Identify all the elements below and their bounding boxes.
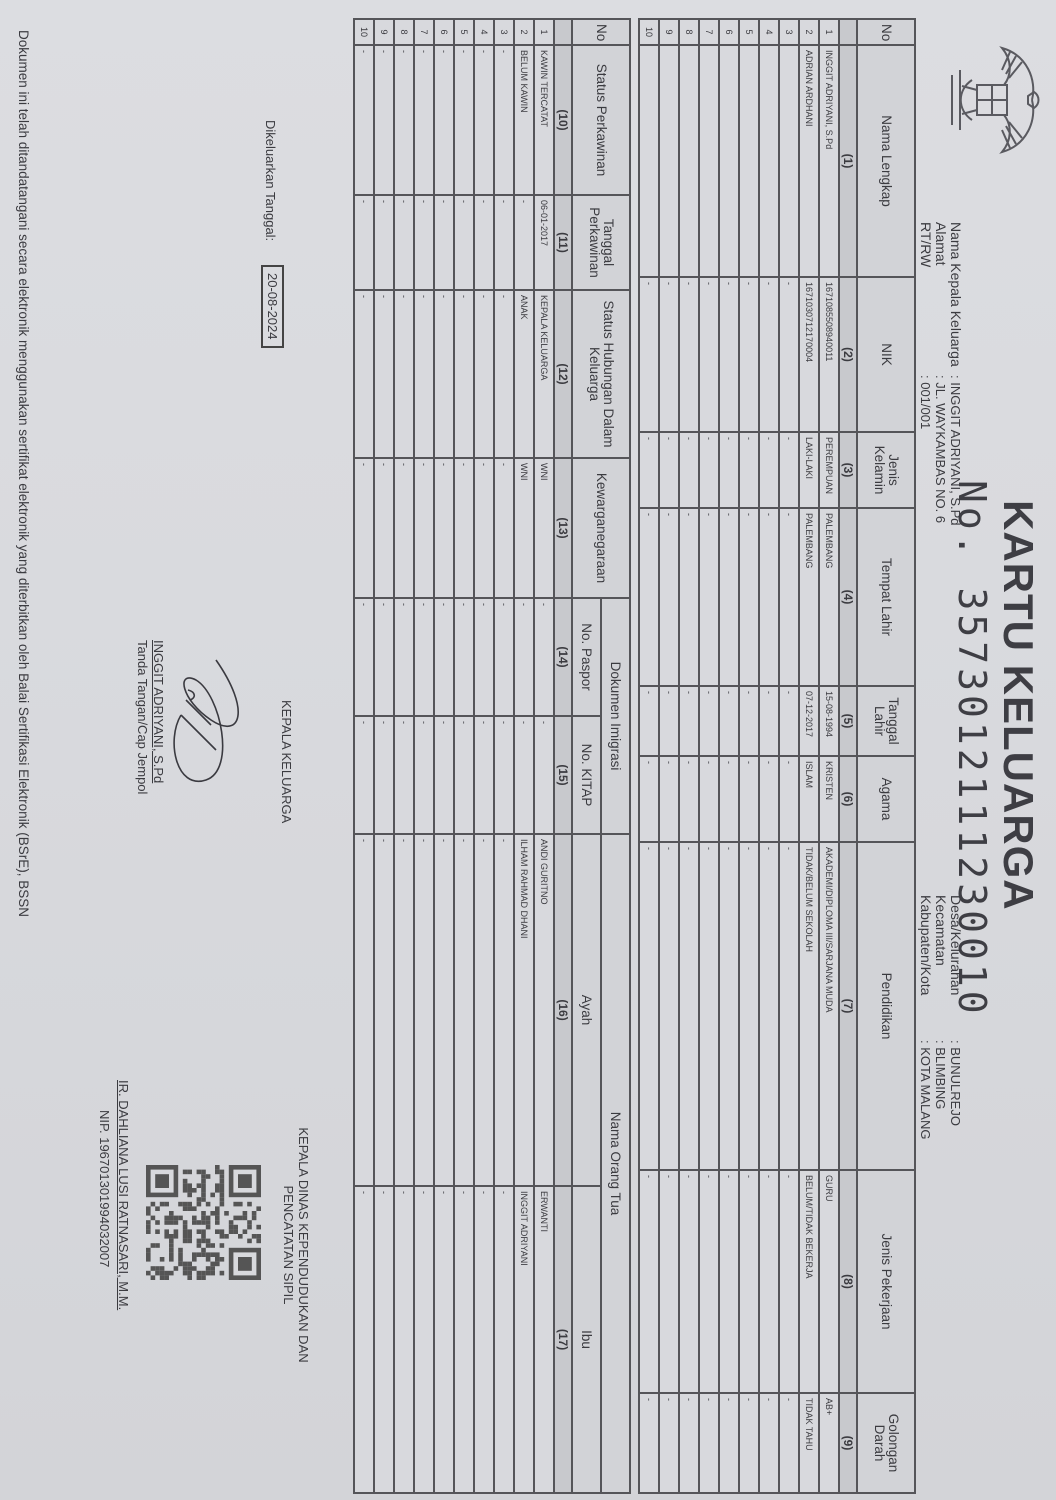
table1-cell: -	[779, 756, 799, 842]
table1-cell: -	[699, 686, 719, 756]
table2-cell: -	[454, 1186, 474, 1493]
official-name: IR. DAHLIANA LUSI RATNASARI, M.M.	[116, 1080, 131, 1310]
table1-cell: -	[659, 432, 679, 508]
table2-cell: -	[394, 716, 414, 834]
table2-cell: -	[474, 195, 494, 290]
table1-cell: -	[699, 1393, 719, 1493]
table2-cell: -	[474, 716, 494, 834]
header-no: No	[572, 19, 630, 45]
table1-cell: -	[779, 508, 799, 686]
table1-cell: -	[719, 756, 739, 842]
table2-cell: 8	[394, 19, 414, 45]
table1-cell: -	[699, 277, 719, 432]
table1-header-4: Tempat Lahir	[857, 508, 915, 686]
table1-cell: -	[719, 842, 739, 1170]
table-row: 10--------	[639, 19, 659, 1493]
label-desa-kelurahan: Desa/Kelurahan	[948, 895, 963, 995]
electronic-signature-note: Dokumen ini telah ditandatangani secara …	[16, 30, 31, 917]
table2-cell: 2	[514, 19, 534, 45]
table1-header-row: NoNama LengkapNIKJenis KelaminTempat Lah…	[857, 19, 915, 1493]
table2-column-numbers: (10)(11)(12)(13)(14)(15)(16)(17)	[554, 19, 572, 1493]
table2-cell: WNI	[534, 458, 554, 598]
table1-cell: 07-12-2017	[799, 686, 819, 756]
table1-cell: -	[699, 756, 719, 842]
table2-colnum-3: (12)	[554, 290, 572, 458]
table2-cell: -	[354, 195, 374, 290]
table1-cell: 4	[759, 19, 779, 45]
table2-colnum-0	[554, 19, 572, 45]
table1-colnum-2: (2)	[839, 277, 857, 432]
table2-cell: -	[514, 598, 534, 716]
table2-cell: -	[354, 290, 374, 458]
table2-cell: -	[534, 598, 554, 716]
table1-cell: AKADEMI/DIPLOMA III/SARJANA MUDA	[819, 842, 839, 1170]
table2-cell: -	[394, 290, 414, 458]
table2-cell: ANDI GURITNO	[534, 834, 554, 1186]
agency-title-line2: PENCATATAN SIPIL	[281, 1100, 296, 1390]
table1-cell: -	[779, 842, 799, 1170]
table2-cell: -	[494, 716, 514, 834]
label-kecamatan: Kecamatan	[933, 895, 948, 995]
table-row: 3--------	[779, 19, 799, 1493]
table1-column-numbers: (1)(2)(3)(4)(5)(6)(7)(8)(9)	[839, 19, 857, 1493]
table1-cell: -	[679, 756, 699, 842]
table2-cell: -	[394, 458, 414, 598]
table2-colnum-1: (10)	[554, 45, 572, 195]
table-row: 7--------	[699, 19, 719, 1493]
table1-cell	[719, 45, 739, 277]
table1-cell: -	[659, 508, 679, 686]
table2-cell: -	[494, 458, 514, 598]
table1-colnum-5: (5)	[839, 686, 857, 756]
table1-cell: -	[679, 1393, 699, 1493]
table1-colnum-3: (3)	[839, 432, 857, 508]
official-nip: NIP. 196701301994032007	[97, 1110, 112, 1267]
table2-cell: -	[374, 598, 394, 716]
table1-cell: -	[759, 432, 779, 508]
table1-cell: -	[639, 756, 659, 842]
table2-cell: -	[474, 598, 494, 716]
table2-cell: -	[354, 1186, 374, 1493]
table2-cell: -	[374, 195, 394, 290]
issued-date-label: Dikeluarkan Tanggal:	[263, 120, 278, 241]
table1-colnum-1: (1)	[839, 45, 857, 277]
table-row: 7--------	[414, 19, 434, 1493]
table1-cell: -	[639, 1393, 659, 1493]
table1-cell: -	[659, 756, 679, 842]
header-ibu: Ibu	[572, 1186, 601, 1493]
table-row: 2BELUM KAWIN-ANAKWNI--ILHAM RAHMAD DHANI…	[514, 19, 534, 1493]
header-status-hubungan: Status Hubungan Dalam Keluarga	[572, 290, 630, 458]
table2-cell: -	[454, 45, 474, 195]
table1-cell: PALEMBANG	[819, 508, 839, 686]
table2-cell: -	[354, 598, 374, 716]
table2-cell: -	[434, 458, 454, 598]
table1-header-2: NIK	[857, 277, 915, 432]
table-row: 10--------	[354, 19, 374, 1493]
table2-cell: -	[414, 45, 434, 195]
table1-cell: TIDAK/BELUM SEKOLAH	[799, 842, 819, 1170]
table2-cell: -	[434, 716, 454, 834]
table1-cell: -	[659, 277, 679, 432]
table1-cell	[659, 45, 679, 277]
table1-cell: PALEMBANG	[799, 508, 819, 686]
table2-cell: 6	[434, 19, 454, 45]
table1-cell: -	[639, 842, 659, 1170]
garuda-emblem-icon	[942, 40, 1042, 160]
table2-cell: 06-01-2017	[534, 195, 554, 290]
table1-cell: -	[759, 842, 779, 1170]
table1-cell: 8	[679, 19, 699, 45]
table2-cell: -	[454, 834, 474, 1186]
table1-cell: -	[659, 1170, 679, 1393]
header-no-paspor: No. Paspor	[572, 598, 601, 716]
table-row: 5--------	[454, 19, 474, 1493]
table1-colnum-9: (9)	[839, 1393, 857, 1493]
table1-cell: 15-08-1994	[819, 686, 839, 756]
table1-cell: 2	[799, 19, 819, 45]
table1-cell: -	[739, 508, 759, 686]
table2-cell: -	[474, 458, 494, 598]
table1-cell	[699, 45, 719, 277]
table2-cell: -	[394, 834, 414, 1186]
table1-cell: -	[759, 686, 779, 756]
table2-cell: -	[354, 716, 374, 834]
table1-cell: -	[759, 1393, 779, 1493]
table2-cell: ERWANTI	[534, 1186, 554, 1493]
table1-cell: -	[759, 277, 779, 432]
table2-cell: -	[494, 1186, 514, 1493]
table2-cell: -	[474, 834, 494, 1186]
table1-cell: 1671030712170004	[799, 277, 819, 432]
table2-cell: -	[494, 195, 514, 290]
kartu-keluarga-document: REPUBLIK INDONESIA KARTU KELUARGA No. 35…	[0, 0, 1056, 1500]
table-row: 6--------	[719, 19, 739, 1493]
table2-cell: -	[434, 1186, 454, 1493]
agency-title: KEPALA DINAS KEPENDUDUKAN DAN PENCATATAN…	[281, 1100, 311, 1390]
table2-cell: -	[494, 834, 514, 1186]
table2-cell: -	[374, 834, 394, 1186]
table1-cell: ADRIAN ARDHANI	[799, 45, 819, 277]
table2-cell: -	[414, 834, 434, 1186]
table2-cell: 7	[414, 19, 434, 45]
table-row: 8--------	[394, 19, 414, 1493]
table2-cell: 1	[534, 19, 554, 45]
table1-cell: -	[759, 756, 779, 842]
table2-header-row: No Status Perkawinan Tanggal Perkawinan …	[601, 19, 630, 1493]
family-status-table: No Status Perkawinan Tanggal Perkawinan …	[353, 18, 631, 1494]
table2-cell: ILHAM RAHMAD DHANI	[514, 834, 534, 1186]
table2-cell: -	[394, 45, 414, 195]
table2-cell: -	[414, 1186, 434, 1493]
table1-cell: -	[639, 508, 659, 686]
table2-colnum-8: (17)	[554, 1186, 572, 1493]
table1-cell: 1671085508940011	[819, 277, 839, 432]
table2-cell: -	[394, 195, 414, 290]
qr-code-icon	[146, 1165, 261, 1280]
table1-header-1: Nama Lengkap	[857, 45, 915, 277]
table2-cell: -	[434, 290, 454, 458]
label-rtrw: RT/RW	[918, 222, 933, 367]
table2-cell: -	[534, 716, 554, 834]
table1-cell: -	[639, 432, 659, 508]
table1-cell: ISLAM	[799, 756, 819, 842]
header-dokumen-imigrasi: Dokumen Imigrasi	[601, 598, 630, 834]
header-nama-orang-tua: Nama Orang Tua	[601, 834, 630, 1493]
table2-cell: -	[474, 1186, 494, 1493]
table1-header-3: Jenis Kelamin	[857, 432, 915, 508]
value-desa-kelurahan: : BUNULREJO	[948, 1040, 963, 1139]
table1-cell: -	[719, 508, 739, 686]
table1-cell: GURU	[819, 1170, 839, 1393]
table1-cell: 3	[779, 19, 799, 45]
table2-cell: -	[414, 195, 434, 290]
table1-colnum-7: (7)	[839, 842, 857, 1170]
head-of-family-title: KEPALA KELUARGA	[279, 700, 294, 823]
table1-cell: -	[759, 1170, 779, 1393]
table-row: 2ADRIAN ARDHANI1671030712170004LAKI-LAKI…	[799, 19, 819, 1493]
table1-cell: -	[779, 277, 799, 432]
table-row: 6--------	[434, 19, 454, 1493]
table1-cell: -	[699, 1170, 719, 1393]
table1-cell: -	[739, 686, 759, 756]
table2-cell: -	[414, 458, 434, 598]
table1-cell: -	[679, 277, 699, 432]
table1-header-5: Tanggal Lahir	[857, 686, 915, 756]
table1-cell: -	[739, 756, 759, 842]
table2-cell: 4	[474, 19, 494, 45]
table2-cell: 9	[374, 19, 394, 45]
table1-cell	[739, 45, 759, 277]
table1-cell: -	[779, 1393, 799, 1493]
header-kewarganegaraan: Kewarganegaraan	[572, 458, 630, 598]
table1-colnum-0	[839, 19, 857, 45]
table-row: 4--------	[474, 19, 494, 1493]
table1-cell: TIDAK TAHU	[799, 1393, 819, 1493]
table2-cell: INGGIT ADRIYANI	[514, 1186, 534, 1493]
signature-icon	[156, 620, 256, 840]
table1-cell: -	[739, 277, 759, 432]
document-title: KARTU KELUARGA	[994, 500, 1042, 911]
signature-caption: Tanda Tangan/Cap Jempol	[135, 640, 150, 794]
table1-cell: -	[779, 432, 799, 508]
table2-cell: -	[454, 195, 474, 290]
table2-cell: -	[514, 716, 534, 834]
table1-cell: -	[679, 842, 699, 1170]
table1-header-8: Jenis Pekerjaan	[857, 1170, 915, 1393]
head-of-family-signature-name: INGGIT ADRIYANI, S.Pd	[151, 640, 166, 783]
table1-cell: -	[779, 686, 799, 756]
table2-cell: KEPALA KELUARGA	[534, 290, 554, 458]
table2-cell: -	[514, 195, 534, 290]
table1-cell: KRISTEN	[819, 756, 839, 842]
table1-cell: -	[639, 1170, 659, 1393]
issued-date-value: 20-08-2024	[261, 265, 284, 348]
table-row: 8--------	[679, 19, 699, 1493]
table-row: 5--------	[739, 19, 759, 1493]
table2-cell: -	[434, 834, 454, 1186]
table1-cell: -	[719, 277, 739, 432]
table1-cell: -	[719, 1170, 739, 1393]
table1-cell: 9	[659, 19, 679, 45]
table2-cell: 5	[454, 19, 474, 45]
table1-cell: -	[719, 432, 739, 508]
table2-cell: -	[434, 195, 454, 290]
table1-header-0: No	[857, 19, 915, 45]
table2-cell: -	[374, 290, 394, 458]
table1-cell	[639, 45, 659, 277]
table-row: 9--------	[374, 19, 394, 1493]
table2-cell: -	[494, 290, 514, 458]
table1-cell: LAKI-LAKI	[799, 432, 819, 508]
table2-colnum-2: (11)	[554, 195, 572, 290]
table1-cell	[759, 45, 779, 277]
table-row: 9--------	[659, 19, 679, 1493]
label-alamat: Alamat	[933, 222, 948, 367]
table2-cell: -	[474, 290, 494, 458]
table1-cell: -	[739, 1170, 759, 1393]
header-status-perkawinan: Status Perkawinan	[572, 45, 630, 195]
table2-cell: -	[354, 834, 374, 1186]
table1-cell: 1	[819, 19, 839, 45]
table1-cell: -	[779, 1170, 799, 1393]
table2-cell: -	[414, 290, 434, 458]
table2-cell: -	[414, 716, 434, 834]
table1-cell: -	[679, 686, 699, 756]
table2-cell: -	[454, 290, 474, 458]
table2-cell: BELUM KAWIN	[514, 45, 534, 195]
label-nama-kepala-keluarga: Nama Kepala Keluarga	[948, 222, 963, 367]
table1-cell: 5	[739, 19, 759, 45]
table2-colnum-5: (14)	[554, 598, 572, 716]
table1-cell	[779, 45, 799, 277]
table2-colnum-4: (13)	[554, 458, 572, 598]
value-kecamatan: : BLIMBING	[933, 1040, 948, 1139]
value-nama-kepala-keluarga: : INGGIT ADRIYANI, S.Pd	[948, 375, 963, 526]
table2-cell: -	[374, 45, 394, 195]
table1-cell: BELUM/TIDAK BEKERJA	[799, 1170, 819, 1393]
value-rtrw: : 001/001	[918, 375, 933, 526]
table1-cell: -	[739, 1393, 759, 1493]
table1-cell	[679, 45, 699, 277]
table2-cell: -	[454, 458, 474, 598]
table1-cell: INGGIT ADRIYANI, S.Pd	[819, 45, 839, 277]
header-ayah: Ayah	[572, 834, 601, 1186]
header-tanggal-perkawinan: Tanggal Perkawinan	[572, 195, 630, 290]
table1-cell: -	[719, 1393, 739, 1493]
table2-cell: -	[414, 598, 434, 716]
table1-colnum-8: (8)	[839, 1170, 857, 1393]
table2-cell: -	[374, 458, 394, 598]
table1-cell: -	[659, 686, 679, 756]
table1-cell: -	[699, 432, 719, 508]
table2-cell: -	[454, 598, 474, 716]
table1-cell: -	[739, 432, 759, 508]
table-row: 1INGGIT ADRIYANI, S.Pd1671085508940011PE…	[819, 19, 839, 1493]
table2-cell: -	[374, 716, 394, 834]
family-members-table: NoNama LengkapNIKJenis KelaminTempat Lah…	[638, 18, 916, 1494]
table2-cell: ANAK	[514, 290, 534, 458]
table1-cell: -	[639, 277, 659, 432]
table2-cell: -	[434, 45, 454, 195]
table1-header-6: Agama	[857, 756, 915, 842]
table1-colnum-6: (6)	[839, 756, 857, 842]
table1-cell: -	[719, 686, 739, 756]
value-kabupaten-kota: : KOTA MALANG	[918, 1040, 933, 1139]
table1-cell: -	[659, 842, 679, 1170]
table2-colnum-7: (16)	[554, 834, 572, 1186]
table1-cell: -	[759, 508, 779, 686]
table2-cell: -	[354, 458, 374, 598]
table-row: 3--------	[494, 19, 514, 1493]
table1-cell: -	[699, 842, 719, 1170]
table2-cell: -	[354, 45, 374, 195]
table1-cell: -	[739, 842, 759, 1170]
table2-cell: WNI	[514, 458, 534, 598]
table2-cell: 10	[354, 19, 374, 45]
agency-title-line1: KEPALA DINAS KEPENDUDUKAN DAN	[296, 1100, 311, 1390]
table2-cell: -	[434, 598, 454, 716]
table-row: 4--------	[759, 19, 779, 1493]
table1-colnum-4: (4)	[839, 508, 857, 686]
table1-cell: PEREMPUAN	[819, 432, 839, 508]
table2-cell: -	[394, 598, 414, 716]
header-no-kitap: No. KITAP	[572, 716, 601, 834]
table2-cell: -	[374, 1186, 394, 1493]
label-kabupaten-kota: Kabupaten/Kota	[918, 895, 933, 995]
table2-cell: -	[494, 45, 514, 195]
table1-cell: 10	[639, 19, 659, 45]
table2-cell: KAWIN TERCATAT	[534, 45, 554, 195]
table-row: 1KAWIN TERCATAT06-01-2017KEPALA KELUARGA…	[534, 19, 554, 1493]
table2-cell: -	[494, 598, 514, 716]
table1-cell: 6	[719, 19, 739, 45]
table2-cell: -	[474, 45, 494, 195]
table1-cell: -	[679, 508, 699, 686]
table2-colnum-6: (15)	[554, 716, 572, 834]
table1-header-7: Pendidikan	[857, 842, 915, 1170]
table1-cell: AB+	[819, 1393, 839, 1493]
table1-cell: -	[679, 1170, 699, 1393]
table1-cell: -	[659, 1393, 679, 1493]
table2-cell: -	[454, 716, 474, 834]
table2-cell: 3	[494, 19, 514, 45]
value-alamat: : JL. WAYKAMBAS NO. 6	[933, 375, 948, 526]
table1-cell: -	[699, 508, 719, 686]
table1-cell: 7	[699, 19, 719, 45]
table1-header-9: Golongan Darah	[857, 1393, 915, 1493]
table1-cell: -	[639, 686, 659, 756]
table2-cell: -	[394, 1186, 414, 1493]
table1-cell: -	[679, 432, 699, 508]
